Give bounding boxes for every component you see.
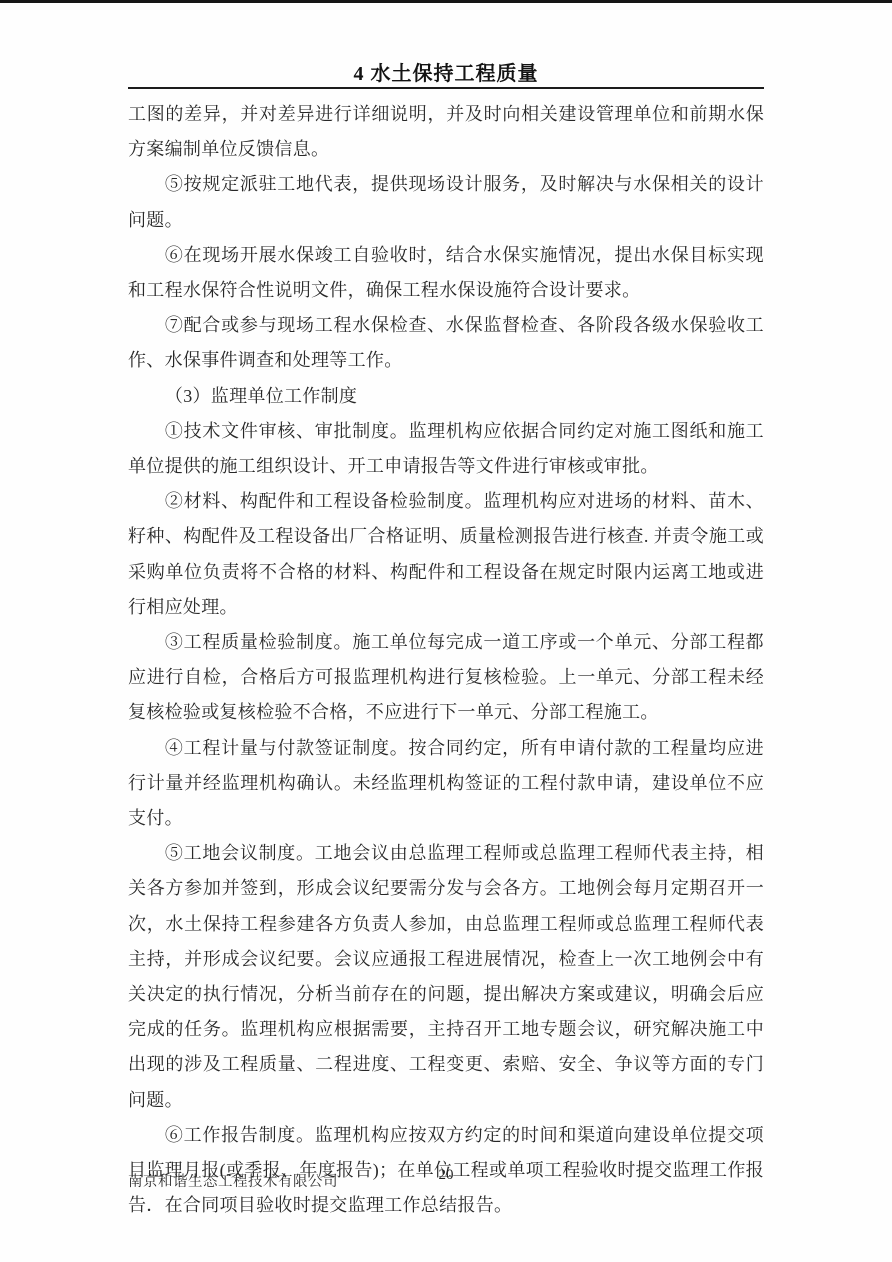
page-title: 4 水土保持工程质量 (0, 57, 892, 86)
paragraph-clause-7-inspection: ⑦配合或参与现场工程水保检查、水保监督检查、各阶段各级水保验收工作、水保事件调查… (128, 308, 764, 378)
document-page: 4 水土保持工程质量 工图的差异，并对差异进行详细说明，并及时向相关建设管理单位… (0, 0, 892, 1262)
paragraph-clause-3-quality-inspection: ③工程质量检验制度。施工单位每完成一道工序或一个单元、分部工程都应进行自检，合格… (128, 625, 764, 731)
document-body: 工图的差异，并对差异进行详细说明，并及时向相关建设管理单位和前期水保方案编制单位… (128, 97, 764, 1224)
paragraph-continuation: 工图的差异，并对差异进行详细说明，并及时向相关建设管理单位和前期水保方案编制单位… (128, 97, 764, 167)
scan-edge-bar (0, 0, 892, 3)
paragraph-clause-5-site-meeting: ⑤工地会议制度。工地会议由总监理工程师或总监理工程师代表主持，相关各方参加并签到… (128, 836, 764, 1118)
page-number: 20 (0, 1167, 892, 1184)
header-divider (128, 87, 764, 89)
paragraph-section-3-heading: （3）监理单位工作制度 (128, 379, 764, 414)
paragraph-clause-2-material-inspection: ②材料、构配件和工程设备检验制度。监理机构应对进场的材料、苗木、籽种、构配件及工… (128, 484, 764, 625)
paragraph-clause-1-document-review: ①技术文件审核、审批制度。监理机构应依据合同约定对施工图纸和施工单位提供的施工组… (128, 414, 764, 484)
paragraph-clause-6-acceptance: ⑥在现场开展水保竣工自验收时，结合水保实施情况，提出水保目标实现和工程水保符合性… (128, 238, 764, 308)
paragraph-clause-4-payment-certification: ④工程计量与付款签证制度。按合同约定，所有申请付款的工程量均应进行计量并经监理机… (128, 731, 764, 837)
paragraph-clause-5-design: ⑤按规定派驻工地代表，提供现场设计服务，及时解决与水保相关的设计问题。 (128, 167, 764, 237)
